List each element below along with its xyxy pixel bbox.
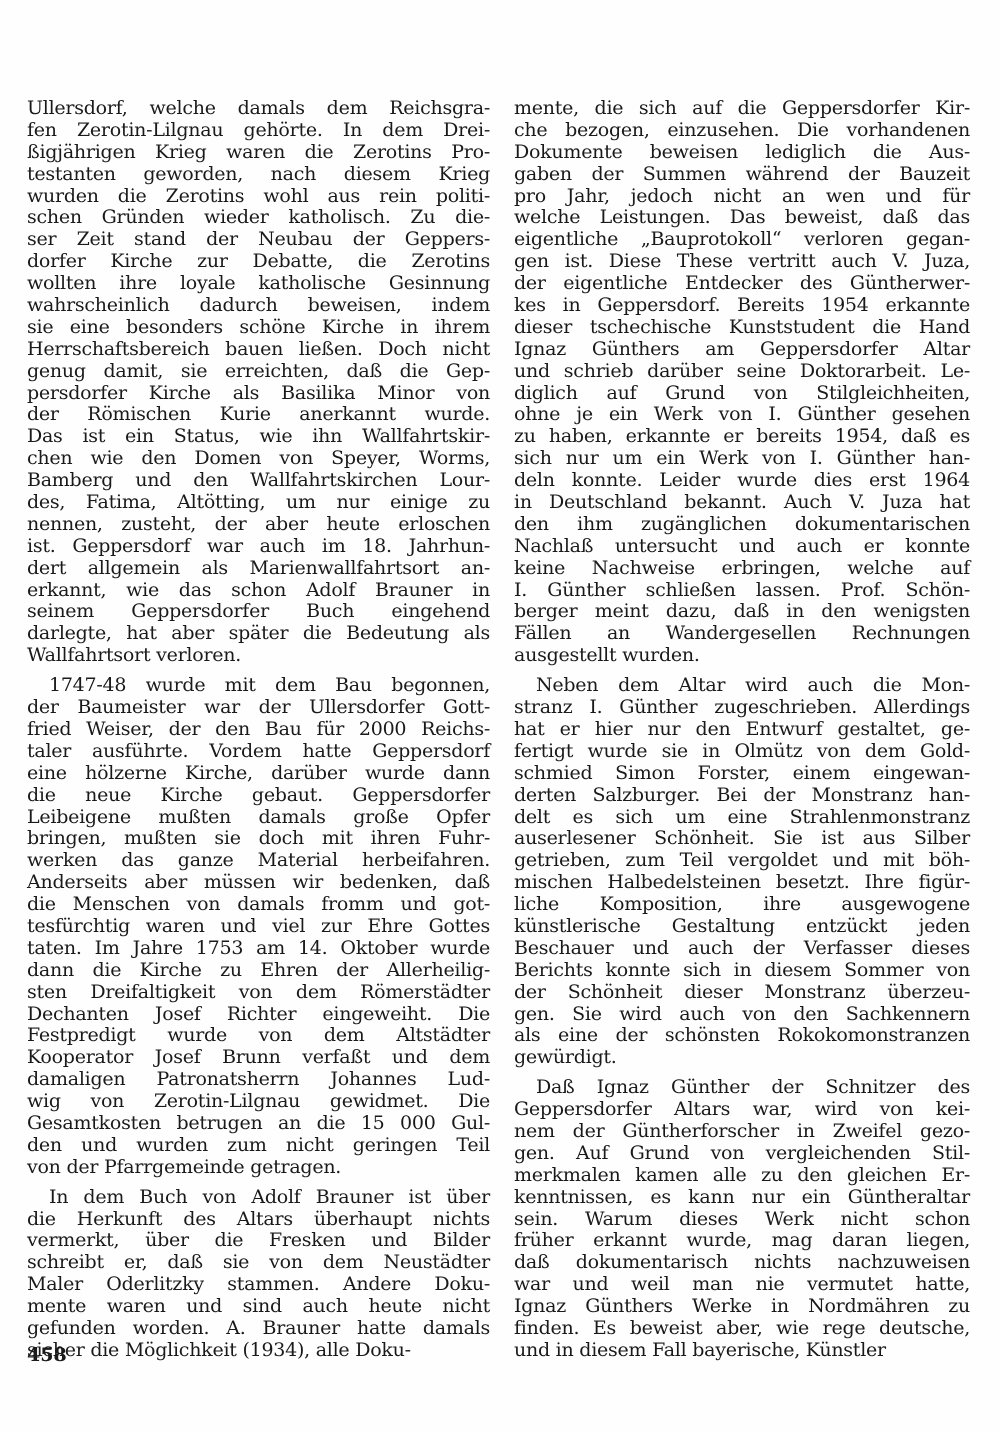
- text-line: in Deutschland bekannt. Auch V. Juza hat: [514, 492, 970, 514]
- text-line: che bezogen, einzusehen. Die vorhandenen: [514, 120, 970, 142]
- text-line: gen. Sie wird auch von den Sachkennern: [514, 1004, 970, 1026]
- page-number: 458: [27, 1344, 67, 1366]
- text-line: die Herkunft des Altars überhaupt nichts: [27, 1209, 490, 1231]
- text-line: Anderseits aber müssen wir bedenken, daß: [27, 872, 490, 894]
- text-line: kes in Geppersdorf. Bereits 1954 erkannt…: [514, 295, 970, 317]
- text-line: mischen Halbedelsteinen besetzt. Ihre fi…: [514, 872, 970, 894]
- text-line: welche Leistungen. Das beweist, daß das: [514, 207, 970, 229]
- text-line: berger meint dazu, daß in den wenigsten: [514, 601, 970, 623]
- text-line: zu haben, erkannte er bereits 1954, daß …: [514, 426, 970, 448]
- text-line: diglich auf Grund von Stilgleichheiten,: [514, 383, 970, 405]
- text-line: I. Günther schließen lassen. Prof. Schön…: [514, 580, 970, 602]
- text-line: fertigt wurde sie in Olmütz von dem Gold…: [514, 741, 970, 763]
- text-line: merkmalen kamen alle zu den gleichen Er-: [514, 1165, 970, 1187]
- text-line: gen ist. Diese These vertritt auch V. Ju…: [514, 251, 970, 273]
- text-line: hat er hier nur den Entwurf gestaltet, g…: [514, 719, 970, 741]
- text-line: fen Zerotin-Lilgnau gehörte. In dem Drei…: [27, 120, 490, 142]
- text-line: war und weil man nie vermutet hatte,: [514, 1274, 970, 1296]
- text-line: gewürdigt.: [514, 1047, 970, 1069]
- text-line: der Baumeister war der Ullersdorfer Gott…: [27, 697, 490, 719]
- text-line: deln konnte. Leider wurde dies erst 1964: [514, 470, 970, 492]
- text-line: Fällen an Wandergesellen Rechnungen: [514, 623, 970, 645]
- paragraph: In dem Buch von Adolf Brauner ist überdi…: [27, 1187, 490, 1362]
- text-column-left: Ullersdorf, welche damals dem Reichsgra-…: [27, 98, 490, 1370]
- text-line: den und wurden zum nicht geringen Teil: [27, 1135, 490, 1157]
- text-line: gen. Auf Grund von vergleichenden Stil-: [514, 1143, 970, 1165]
- text-line: daß dokumentarisch nichts nachzuweisen: [514, 1252, 970, 1274]
- text-line: auserlesener Schönheit. Sie ist aus Silb…: [514, 828, 970, 850]
- text-line: Das ist ein Status, wie ihn Wallfahrtski…: [27, 426, 490, 448]
- text-line: liche Komposition, ihre ausgewogene: [514, 894, 970, 916]
- text-line: pro Jahr, jedoch nicht an wen und für: [514, 186, 970, 208]
- text-line: wig von Zerotin-Lilgnau gewidmet. Die: [27, 1091, 490, 1113]
- text-line: sie eine besonders schöne Kirche in ihre…: [27, 317, 490, 339]
- text-line: Wallfahrtsort verloren.: [27, 645, 490, 667]
- text-line: In dem Buch von Adolf Brauner ist über: [27, 1187, 490, 1209]
- text-line: schmied Simon Forster, einem eingewan-: [514, 763, 970, 785]
- paragraph: Ullersdorf, welche damals dem Reichsgra-…: [27, 98, 490, 667]
- text-line: gaben der Summen während der Bauzeit: [514, 164, 970, 186]
- text-line: Dokumente beweisen lediglich die Aus-: [514, 142, 970, 164]
- text-line: genug damit, sie erreichten, daß die Gep…: [27, 361, 490, 383]
- text-line: getrieben, zum Teil vergoldet und mit bö…: [514, 850, 970, 872]
- text-line: Berichts konnte sich in diesem Sommer vo…: [514, 960, 970, 982]
- text-line: delt es sich um eine Strahlenmonstranz: [514, 807, 970, 829]
- text-line: die neue Kirche gebaut. Geppersdorfer: [27, 785, 490, 807]
- text-line: ohne je ein Werk von I. Günther gesehen: [514, 404, 970, 426]
- text-line: Ignaz Günthers am Geppersdorfer Altar: [514, 339, 970, 361]
- text-line: 1747-48 wurde mit dem Bau begonnen,: [27, 675, 490, 697]
- text-line: mente, die sich auf die Geppersdorfer Ki…: [514, 98, 970, 120]
- document-page: Ullersdorf, welche damals dem Reichsgra-…: [0, 0, 1000, 1432]
- text-line: bringen, mußten sie doch mit ihren Fuhr-: [27, 828, 490, 850]
- text-line: sich nur um ein Werk von I. Günther han-: [514, 448, 970, 470]
- text-line: Kooperator Josef Brunn verfaßt und dem: [27, 1047, 490, 1069]
- text-line: nennen, zusteht, der aber heute erlosche…: [27, 514, 490, 536]
- text-line: keine Nachweise erbringen, welche auf: [514, 558, 970, 580]
- text-line: früher erkannt wurde, mag daran liegen,: [514, 1230, 970, 1252]
- text-line: chen wie den Domen von Speyer, Worms,: [27, 448, 490, 470]
- text-line: schreibt er, daß sie von dem Neustädter: [27, 1252, 490, 1274]
- text-line: Geppersdorfer Altars war, wird von kei-: [514, 1099, 970, 1121]
- text-line: mente waren und sind auch heute nicht: [27, 1296, 490, 1318]
- text-line: Ignaz Günthers Werke in Nordmähren zu: [514, 1296, 970, 1318]
- text-line: Leibeigene mußten damals große Opfer: [27, 807, 490, 829]
- text-line: von der Pfarrgemeinde getragen.: [27, 1157, 490, 1179]
- text-line: sten Dreifaltigkeit von dem Römerstädter: [27, 982, 490, 1004]
- text-line: vermerkt, über die Fresken und Bilder: [27, 1230, 490, 1252]
- text-line: Bamberg und den Wallfahrtskirchen Lour-: [27, 470, 490, 492]
- text-line: taten. Im Jahre 1753 am 14. Oktober wurd…: [27, 938, 490, 960]
- text-line: Dechanten Josef Richter eingeweiht. Die: [27, 1004, 490, 1026]
- text-column-right: mente, die sich auf die Geppersdorfer Ki…: [514, 98, 970, 1370]
- text-line: Nachlaß untersucht und auch er konnte: [514, 536, 970, 558]
- text-line: wollten ihre loyale katholische Gesinnun…: [27, 273, 490, 295]
- text-line: dieser tschechische Kunststudent die Han…: [514, 317, 970, 339]
- text-line: damaligen Patronatsherrn Johannes Lud-: [27, 1069, 490, 1091]
- text-line: erkannt, wie das schon Adolf Brauner in: [27, 580, 490, 602]
- text-line: ßigjährigen Krieg waren die Zerotins Pro…: [27, 142, 490, 164]
- text-line: kenntnissen, es kann nur ein Güntheralta…: [514, 1187, 970, 1209]
- paragraph: 1747-48 wurde mit dem Bau begonnen,der B…: [27, 675, 490, 1178]
- text-line: Gesamtkosten betrugen an die 15 000 Gul-: [27, 1113, 490, 1135]
- text-line: sein. Warum dieses Werk nicht schon: [514, 1209, 970, 1231]
- text-line: sicher die Möglichkeit (1934), alle Doku…: [27, 1340, 490, 1362]
- text-line: schen Gründen wieder katholisch. Zu die-: [27, 207, 490, 229]
- text-line: darlegte, hat aber später die Bedeutung …: [27, 623, 490, 645]
- paragraph: Daß Ignaz Günther der Schnitzer desGeppe…: [514, 1077, 970, 1362]
- text-line: des, Fatima, Altötting, um nur einige zu: [27, 492, 490, 514]
- text-line: dann die Kirche zu Ehren der Allerheilig…: [27, 960, 490, 982]
- text-line: Ullersdorf, welche damals dem Reichsgra-: [27, 98, 490, 120]
- text-line: ser Zeit stand der Neubau der Geppers-: [27, 229, 490, 251]
- text-line: wurden die Zerotins wohl aus rein politi…: [27, 186, 490, 208]
- text-line: Herrschaftsbereich bauen ließen. Doch ni…: [27, 339, 490, 361]
- text-line: fried Weiser, der den Bau für 2000 Reich…: [27, 719, 490, 741]
- paragraph: Neben dem Altar wird auch die Mon-stranz…: [514, 675, 970, 1069]
- text-line: eigentliche „Bauprotokoll“ verloren gega…: [514, 229, 970, 251]
- text-line: eine hölzerne Kirche, darüber wurde dann: [27, 763, 490, 785]
- text-line: ausgestellt wurden.: [514, 645, 970, 667]
- text-line: der Römischen Kurie anerkannt wurde.: [27, 404, 490, 426]
- text-line: testanten geworden, nach diesem Krieg: [27, 164, 490, 186]
- text-line: Beschauer und auch der Verfasser dieses: [514, 938, 970, 960]
- text-line: den ihm zugänglichen dokumentarischen: [514, 514, 970, 536]
- text-line: dorfer Kirche zur Debatte, die Zerotins: [27, 251, 490, 273]
- text-line: Daß Ignaz Günther der Schnitzer des: [514, 1077, 970, 1099]
- text-line: derten Salzburger. Bei der Monstranz han…: [514, 785, 970, 807]
- text-line: Festpredigt wurde von dem Altstädter: [27, 1025, 490, 1047]
- text-line: als eine der schönsten Rokokomonstranzen: [514, 1025, 970, 1047]
- text-line: stranz I. Günther zugeschrieben. Allerdi…: [514, 697, 970, 719]
- text-line: und schrieb darüber seine Doktorarbeit. …: [514, 361, 970, 383]
- text-line: tesfürchtig waren und viel zur Ehre Gott…: [27, 916, 490, 938]
- text-line: der eigentliche Entdecker des Güntherwer…: [514, 273, 970, 295]
- text-line: Maler Oderlitzky stammen. Andere Doku-: [27, 1274, 490, 1296]
- text-line: Neben dem Altar wird auch die Mon-: [514, 675, 970, 697]
- text-line: seinem Geppersdorfer Buch eingehend: [27, 601, 490, 623]
- text-line: persdorfer Kirche als Basilika Minor von: [27, 383, 490, 405]
- text-line: wahrscheinlich dadurch beweisen, indem: [27, 295, 490, 317]
- text-line: nem der Güntherforscher in Zweifel gezo-: [514, 1121, 970, 1143]
- text-line: gefunden worden. A. Brauner hatte damals: [27, 1318, 490, 1340]
- text-line: finden. Es beweist aber, wie rege deutsc…: [514, 1318, 970, 1340]
- text-line: dert allgemein als Marienwallfahrtsort a…: [27, 558, 490, 580]
- text-line: der Schönheit dieser Monstranz überzeu-: [514, 982, 970, 1004]
- text-line: taler ausführte. Vordem hatte Geppersdor…: [27, 741, 490, 763]
- text-line: und in diesem Fall bayerische, Künstler: [514, 1340, 970, 1362]
- text-line: die Menschen von damals fromm und got-: [27, 894, 490, 916]
- text-line: werken das ganze Material herbeifahren.: [27, 850, 490, 872]
- paragraph: mente, die sich auf die Geppersdorfer Ki…: [514, 98, 970, 667]
- text-line: ist. Geppersdorf war auch im 18. Jahrhun…: [27, 536, 490, 558]
- text-line: künstlerische Gestaltung entzückt jeden: [514, 916, 970, 938]
